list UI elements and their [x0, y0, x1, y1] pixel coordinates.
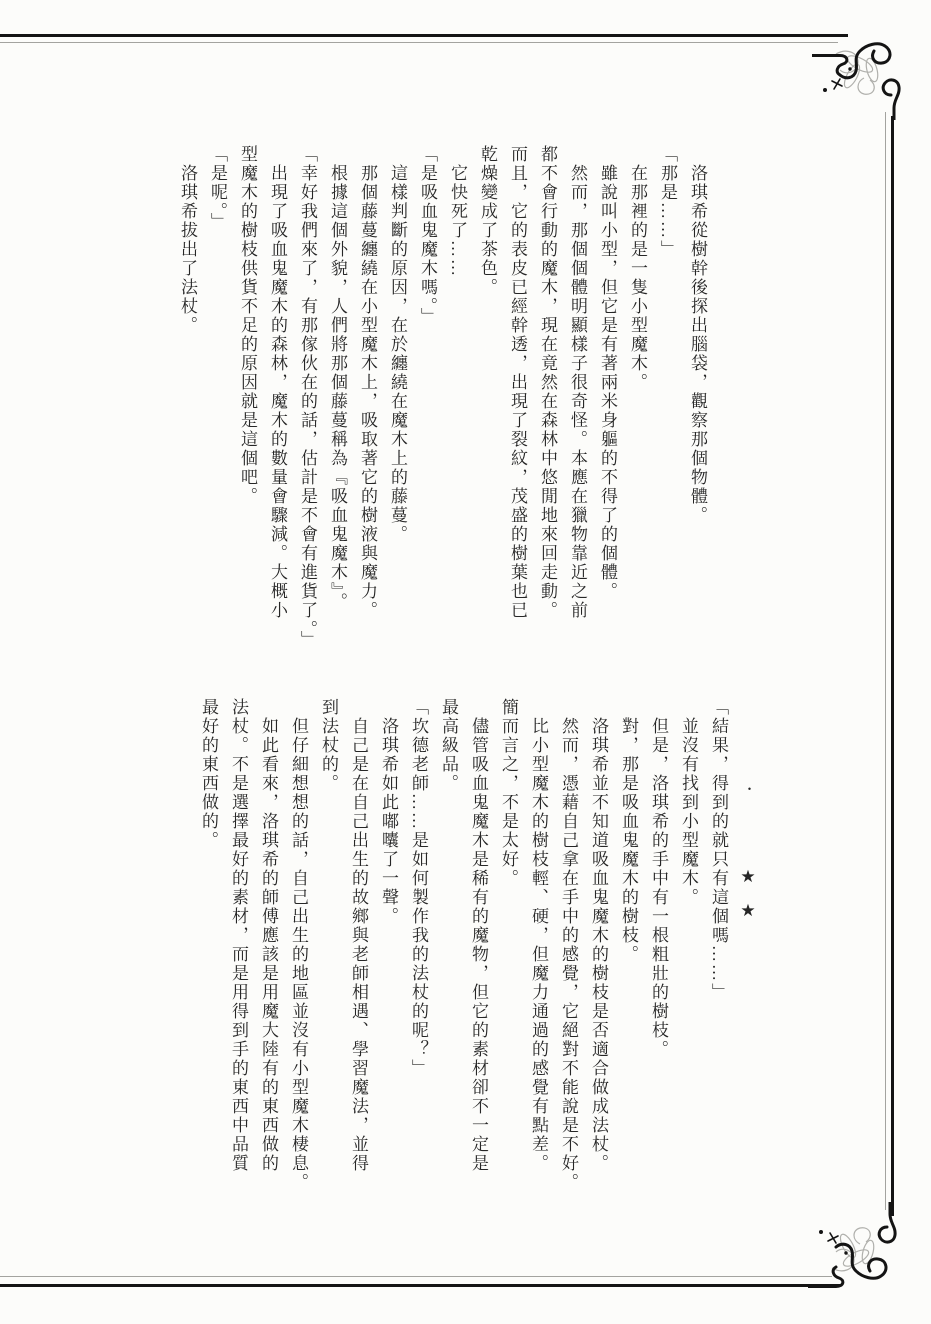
text-column: 洛琪希拔出了法杖。 [172, 145, 202, 650]
text-column: 「是呢。」 [202, 145, 232, 650]
text-column: 「坎德老師……是如何製作我的法杖的呢？」 [403, 698, 433, 1203]
text-column: 但仔細想想的話，自己出生的地區並沒有小型魔木棲息。 [283, 698, 313, 1203]
text-column: 根據這個外貌，人們將那個藤蔓稱為『吸血鬼魔木』。 [322, 145, 352, 650]
text-column: 型魔木的樹枝供貨不足的原因就是這個吧。 [232, 145, 262, 650]
frame-right-thick [891, 116, 894, 1216]
text-column: 並沒有找到小型魔木。 [673, 698, 703, 1203]
text-column: 儘管吸血鬼魔木是稀有的魔物，但它的素材卻不一定是 [463, 698, 493, 1203]
text-column: 對，那是吸血鬼魔木的樹枝。 [613, 698, 643, 1203]
text-column: 然而，那個個體明顯樣子很奇怪。本應在獵物靠近之前 [562, 145, 592, 650]
text-column: 最好的東西做的。 [193, 698, 223, 1203]
text-column: 洛琪希並不知道吸血鬼魔木的樹枝是否適合做成法杖。 [583, 698, 613, 1203]
text-column: 比小型魔木的樹枝輕、硬，但魔力通過的感覺有點差。 [523, 698, 553, 1203]
frame-top-thin [0, 42, 838, 43]
text-column: 法杖。不是選擇最好的素材，而是用得到手的東西中品質 [223, 698, 253, 1203]
section-ornament-column: ・★★ [733, 698, 763, 1203]
text-column: 那個藤蔓纏繞在小型魔木上，吸取著它的樹液與魔力。 [352, 145, 382, 650]
text-column: 雖說叫小型，但它是有著兩米身軀的不得了的個體。 [592, 145, 622, 650]
text-column: 但是，洛琪希的手中有一根粗壯的樹枝。 [643, 698, 673, 1203]
text-column: 最高級品。 [433, 698, 463, 1203]
text-column: 洛琪希如此嘟囔了一聲。 [373, 698, 403, 1203]
bottom-text-block: ・★★ 「結果，得到的就只有這個嗎……」並沒有找到小型魔木。但是，洛琪希的手中有… [157, 698, 763, 1203]
text-column: 自己是在自己出生的故鄉與老師相遇、學習魔法，並得 [343, 698, 373, 1203]
text-column: 而且，它的表皮已經幹透，出現了裂紋，茂盛的樹葉也已 [502, 145, 532, 650]
frame-bottom-thick [0, 1284, 840, 1287]
text-column: 在那裡的是一隻小型魔木。 [622, 145, 652, 650]
text-column: 出現了吸血鬼魔木的森林，魔木的數量會驟減。大概小 [262, 145, 292, 650]
text-column: 到法杖的。 [313, 698, 343, 1203]
text-column: 乾燥變成了茶色。 [472, 145, 502, 650]
text-column: 簡而言之，不是太好。 [493, 698, 523, 1203]
text-column: 「是吸血鬼魔木嗎。」 [412, 145, 442, 650]
corner-flourish-bottom-right [808, 1202, 908, 1302]
text-column: 「結果，得到的就只有這個嗎……」 [703, 698, 733, 1203]
text-column: 洛琪希從樹幹後探出腦袋，觀察那個物體。 [682, 145, 712, 650]
corner-flourish-top-right [812, 20, 912, 120]
top-text-block: 洛琪希從樹幹後探出腦袋，觀察那個物體。「那是……」在那裡的是一隻小型魔木。雖說叫… [156, 145, 712, 650]
text-column: 如此看來，洛琪希的師傅應該是用魔大陸有的東西做的 [253, 698, 283, 1203]
text-column: 然而，憑藉自己拿在手中的感覺，它絕對不能說是不好。 [553, 698, 583, 1203]
text-column: 都不會行動的魔木，現在竟然在森林中悠閒地來回走動。 [532, 145, 562, 650]
frame-bottom-thin [0, 1276, 832, 1277]
frame-top-thick [0, 34, 848, 37]
text-column: 「幸好我們來了，有那傢伙在的話，估計是不會有進貨了。」 [292, 145, 322, 650]
text-column: 「那是……」 [652, 145, 682, 650]
separator-dot: ・ [733, 782, 763, 797]
frame-right-thin [885, 112, 886, 1210]
text-column: 這樣判斷的原因，在於纏繞在魔木上的藤蔓。 [382, 145, 412, 650]
text-column: 它快死了…… [442, 145, 472, 650]
novel-page: { "page": { "background": "#fcfcfa", "in… [0, 0, 931, 1324]
star-icon: ★ [733, 901, 763, 923]
star-icon: ★ [733, 867, 763, 889]
